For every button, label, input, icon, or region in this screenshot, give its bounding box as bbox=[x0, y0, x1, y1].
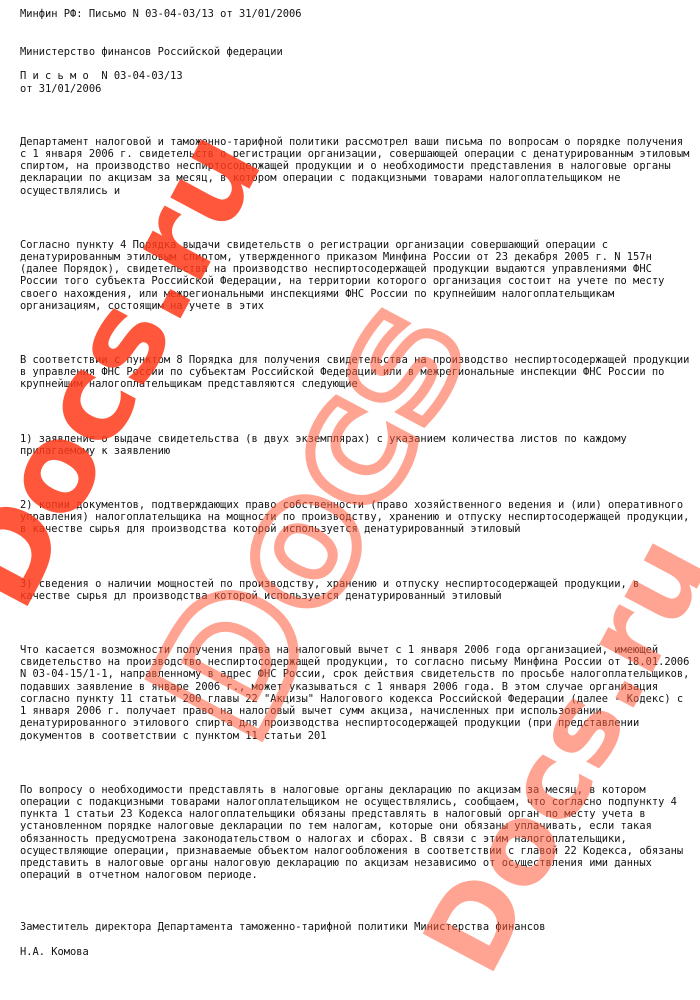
signature-name: Н.А. Комова bbox=[20, 946, 690, 958]
paragraph-3: В соответствии с пунктом 8 Порядка для п… bbox=[20, 354, 690, 391]
paragraph-4: Что касается возможности получения права… bbox=[20, 644, 690, 742]
list-item-2: 2) копии документов, подтверждающих прав… bbox=[20, 499, 690, 536]
paragraph-1: Департамент налоговой и таможенно-тарифн… bbox=[20, 136, 690, 197]
document: Минфин РФ: Письмо N 03-04-03/13 от 31/01… bbox=[20, 8, 690, 958]
paragraph-5: По вопросу о необходимости представлять … bbox=[20, 784, 690, 882]
list-item-1: 1) заявление о выдаче свидетельства (в д… bbox=[20, 433, 690, 457]
letter-number: П и с ь м о N 03-04-03/13 bbox=[20, 70, 690, 82]
ministry-name: Министерство финансов Российской федерац… bbox=[20, 46, 690, 58]
document-title: Минфин РФ: Письмо N 03-04-03/13 от 31/01… bbox=[20, 8, 690, 20]
paragraph-2: Согласно пункту 4 Порядка выдачи свидете… bbox=[20, 239, 690, 312]
signature-position: Заместитель директора Департамента тамож… bbox=[20, 921, 560, 933]
list-item-3: 3) сведения о наличии мощностей по произ… bbox=[20, 578, 690, 602]
letter-date: от 31/01/2006 bbox=[20, 83, 690, 95]
